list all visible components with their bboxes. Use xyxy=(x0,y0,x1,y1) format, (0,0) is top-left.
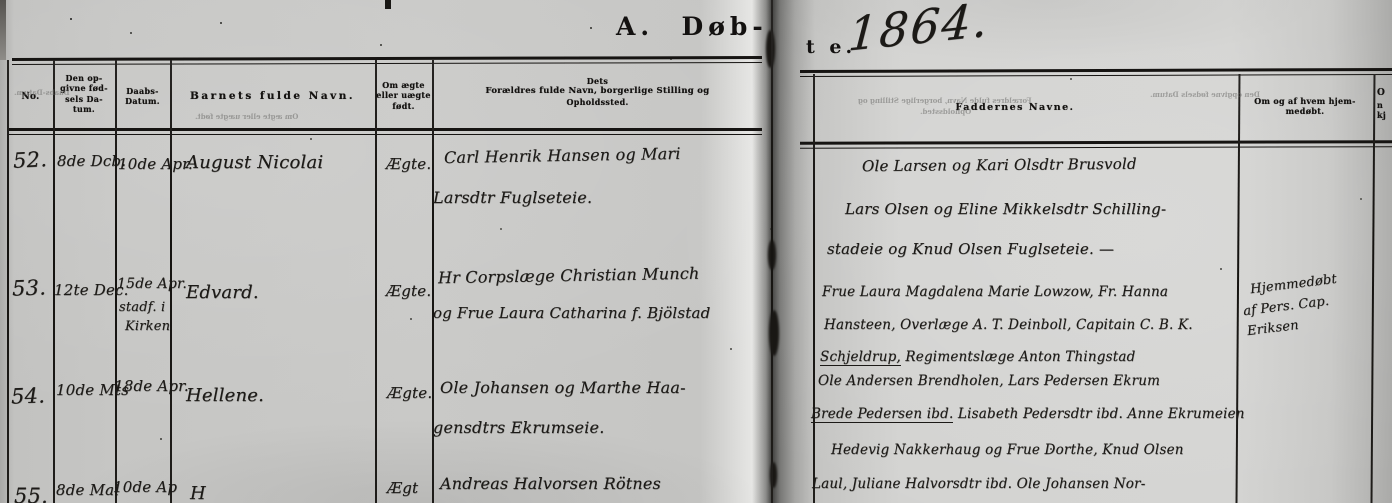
entry-52-parents-line2: Larsdtr Fuglseteie. xyxy=(433,188,592,207)
col-header-home-baptism: Om og af hvem hjem- medøbt. xyxy=(1240,96,1370,117)
page-fold-line xyxy=(771,0,773,503)
entry-53-baptism-date-line1: 15de Apr. xyxy=(117,276,187,292)
entry-55-godparents-line2: Laul, Juliane Halvorsdtr ibd. Ole Johans… xyxy=(812,476,1146,492)
entry-53-legitimacy: Ægte. xyxy=(386,282,431,300)
scanned-parish-register-page: A. Døb- No. Den op- givne fød- sels Da- … xyxy=(0,0,1392,503)
entry-54-baptism-date: 18de Apr. xyxy=(114,377,189,395)
rule xyxy=(7,128,762,131)
entry-54-child-name: Hellene. xyxy=(186,385,264,406)
year-handwritten: 1864. xyxy=(846,0,991,62)
col-header-baptism-date: Daabs- Datum. xyxy=(115,86,170,107)
rule xyxy=(12,62,762,65)
entry-54-godparents-line1: Ole Andersen Brendholen, Lars Pedersen E… xyxy=(818,373,1160,389)
entry-54-number: 54. xyxy=(11,383,46,408)
rule xyxy=(800,146,1392,149)
bleedthrough-text: Opholdssted. xyxy=(920,107,971,116)
entry-52-legitimacy: Ægte. xyxy=(386,155,431,173)
column-line xyxy=(813,74,815,503)
entry-55-legitimacy: Ægt xyxy=(387,479,418,497)
bleedthrough-text: Om ægte eller uægte født. xyxy=(195,112,298,121)
scan-edge-mark xyxy=(385,0,391,9)
entry-53-home-baptism-line2: af Pers. Cap. xyxy=(1242,294,1330,319)
entry-53-baptism-date-line3: Kirken xyxy=(125,319,170,334)
entry-52-godparents-line1: Ole Larsen og Kari Olsdtr Brusvold xyxy=(862,155,1137,175)
entry-54-godparents-line2: Brede Pedersen ibd. Lisabeth Pedersdtr i… xyxy=(811,406,1245,422)
entry-52-baptism-date: 10de Apr. xyxy=(118,155,193,173)
bleedthrough-text: Daabs-Datum. xyxy=(14,88,70,97)
rule xyxy=(12,56,762,61)
entry-53-home-baptism-line3: Eriksen xyxy=(1246,318,1299,339)
entry-53-child-name: Edvard. xyxy=(186,282,259,303)
rule xyxy=(800,74,1392,77)
entry-53-godparents-line1: Frue Laura Magdalena Marie Lowzow, Fr. H… xyxy=(822,284,1168,300)
entry-55-child-name: H xyxy=(190,483,206,503)
rule xyxy=(7,134,762,135)
rule xyxy=(800,68,1392,73)
entry-55-birth-date: 8de Mai xyxy=(56,481,119,499)
entry-53-godparents-line2: Hansteen, Overlæge A. T. Deinboll, Capit… xyxy=(824,317,1193,333)
paper-specks xyxy=(70,18,72,20)
entry-55-godparents-line1: Hedevig Nakkerhaug og Frue Dorthe, Knud … xyxy=(831,442,1184,458)
underlined-name: Schjeldrup, xyxy=(820,349,901,366)
entry-54-parents-line1: Ole Johansen og Marthe Haa- xyxy=(440,378,686,397)
entry-53-baptism-date-line2: stadf. i xyxy=(119,300,165,315)
entry-52-parents-line1: Carl Henrik Hansen og Mari xyxy=(444,144,681,167)
entry-53-godparents-line3: Schjeldrup, Regimentslæge Anton Thingsta… xyxy=(820,349,1135,365)
page-title-left: A. Døb- xyxy=(616,12,768,41)
column-line xyxy=(375,60,377,503)
entry-53-parents-line1: Hr Corpslæge Christian Munch xyxy=(438,264,700,288)
column-line xyxy=(7,60,9,503)
col-header-child-name: Barnets fulde Navn. xyxy=(170,90,375,104)
col-header-parents: Dets Forældres fulde Navn, borgerlige St… xyxy=(435,76,760,108)
entry-53-parents-line2: og Frue Laura Catharina f. Bjölstad xyxy=(433,304,710,322)
entry-54-parents-line2: gensdtrs Ekrumseie. xyxy=(433,418,605,437)
entry-55-parents-line1: Andreas Halvorsen Rötnes xyxy=(440,474,661,493)
entry-52-number: 52. xyxy=(12,147,47,173)
col-header-cut-column: O n kj xyxy=(1377,88,1392,120)
entry-54-legitimacy: Ægte. xyxy=(387,384,432,402)
entry-55-baptism-date: 10de Ap xyxy=(113,478,177,496)
entry-52-child-name: August Nicolai xyxy=(186,152,323,173)
column-line xyxy=(1371,74,1376,503)
entry-52-godparents-line2: Lars Olsen og Eline Mikkelsdtr Schilling… xyxy=(845,200,1166,218)
underlined-name: Brede Pedersen ibd. xyxy=(811,406,953,423)
col-header-legitimacy: Om ægte eller uægte født. xyxy=(375,80,432,111)
bleedthrough-text: Forældres fulde Navn, borgerlige Stillin… xyxy=(858,96,1032,105)
entry-52-birth-date: 8de Dcb. xyxy=(57,152,126,170)
entry-55-number: 55. xyxy=(14,484,48,503)
bleedthrough-text: Den opgivne fødsels Datum. xyxy=(1150,90,1260,99)
entry-52-godparents-line3: stadeie og Knud Olsen Fuglseteie. — xyxy=(827,240,1114,258)
rule xyxy=(800,140,1392,145)
column-line xyxy=(1236,74,1241,503)
scan-left-edge xyxy=(0,0,6,60)
entry-53-number: 53. xyxy=(12,275,47,300)
